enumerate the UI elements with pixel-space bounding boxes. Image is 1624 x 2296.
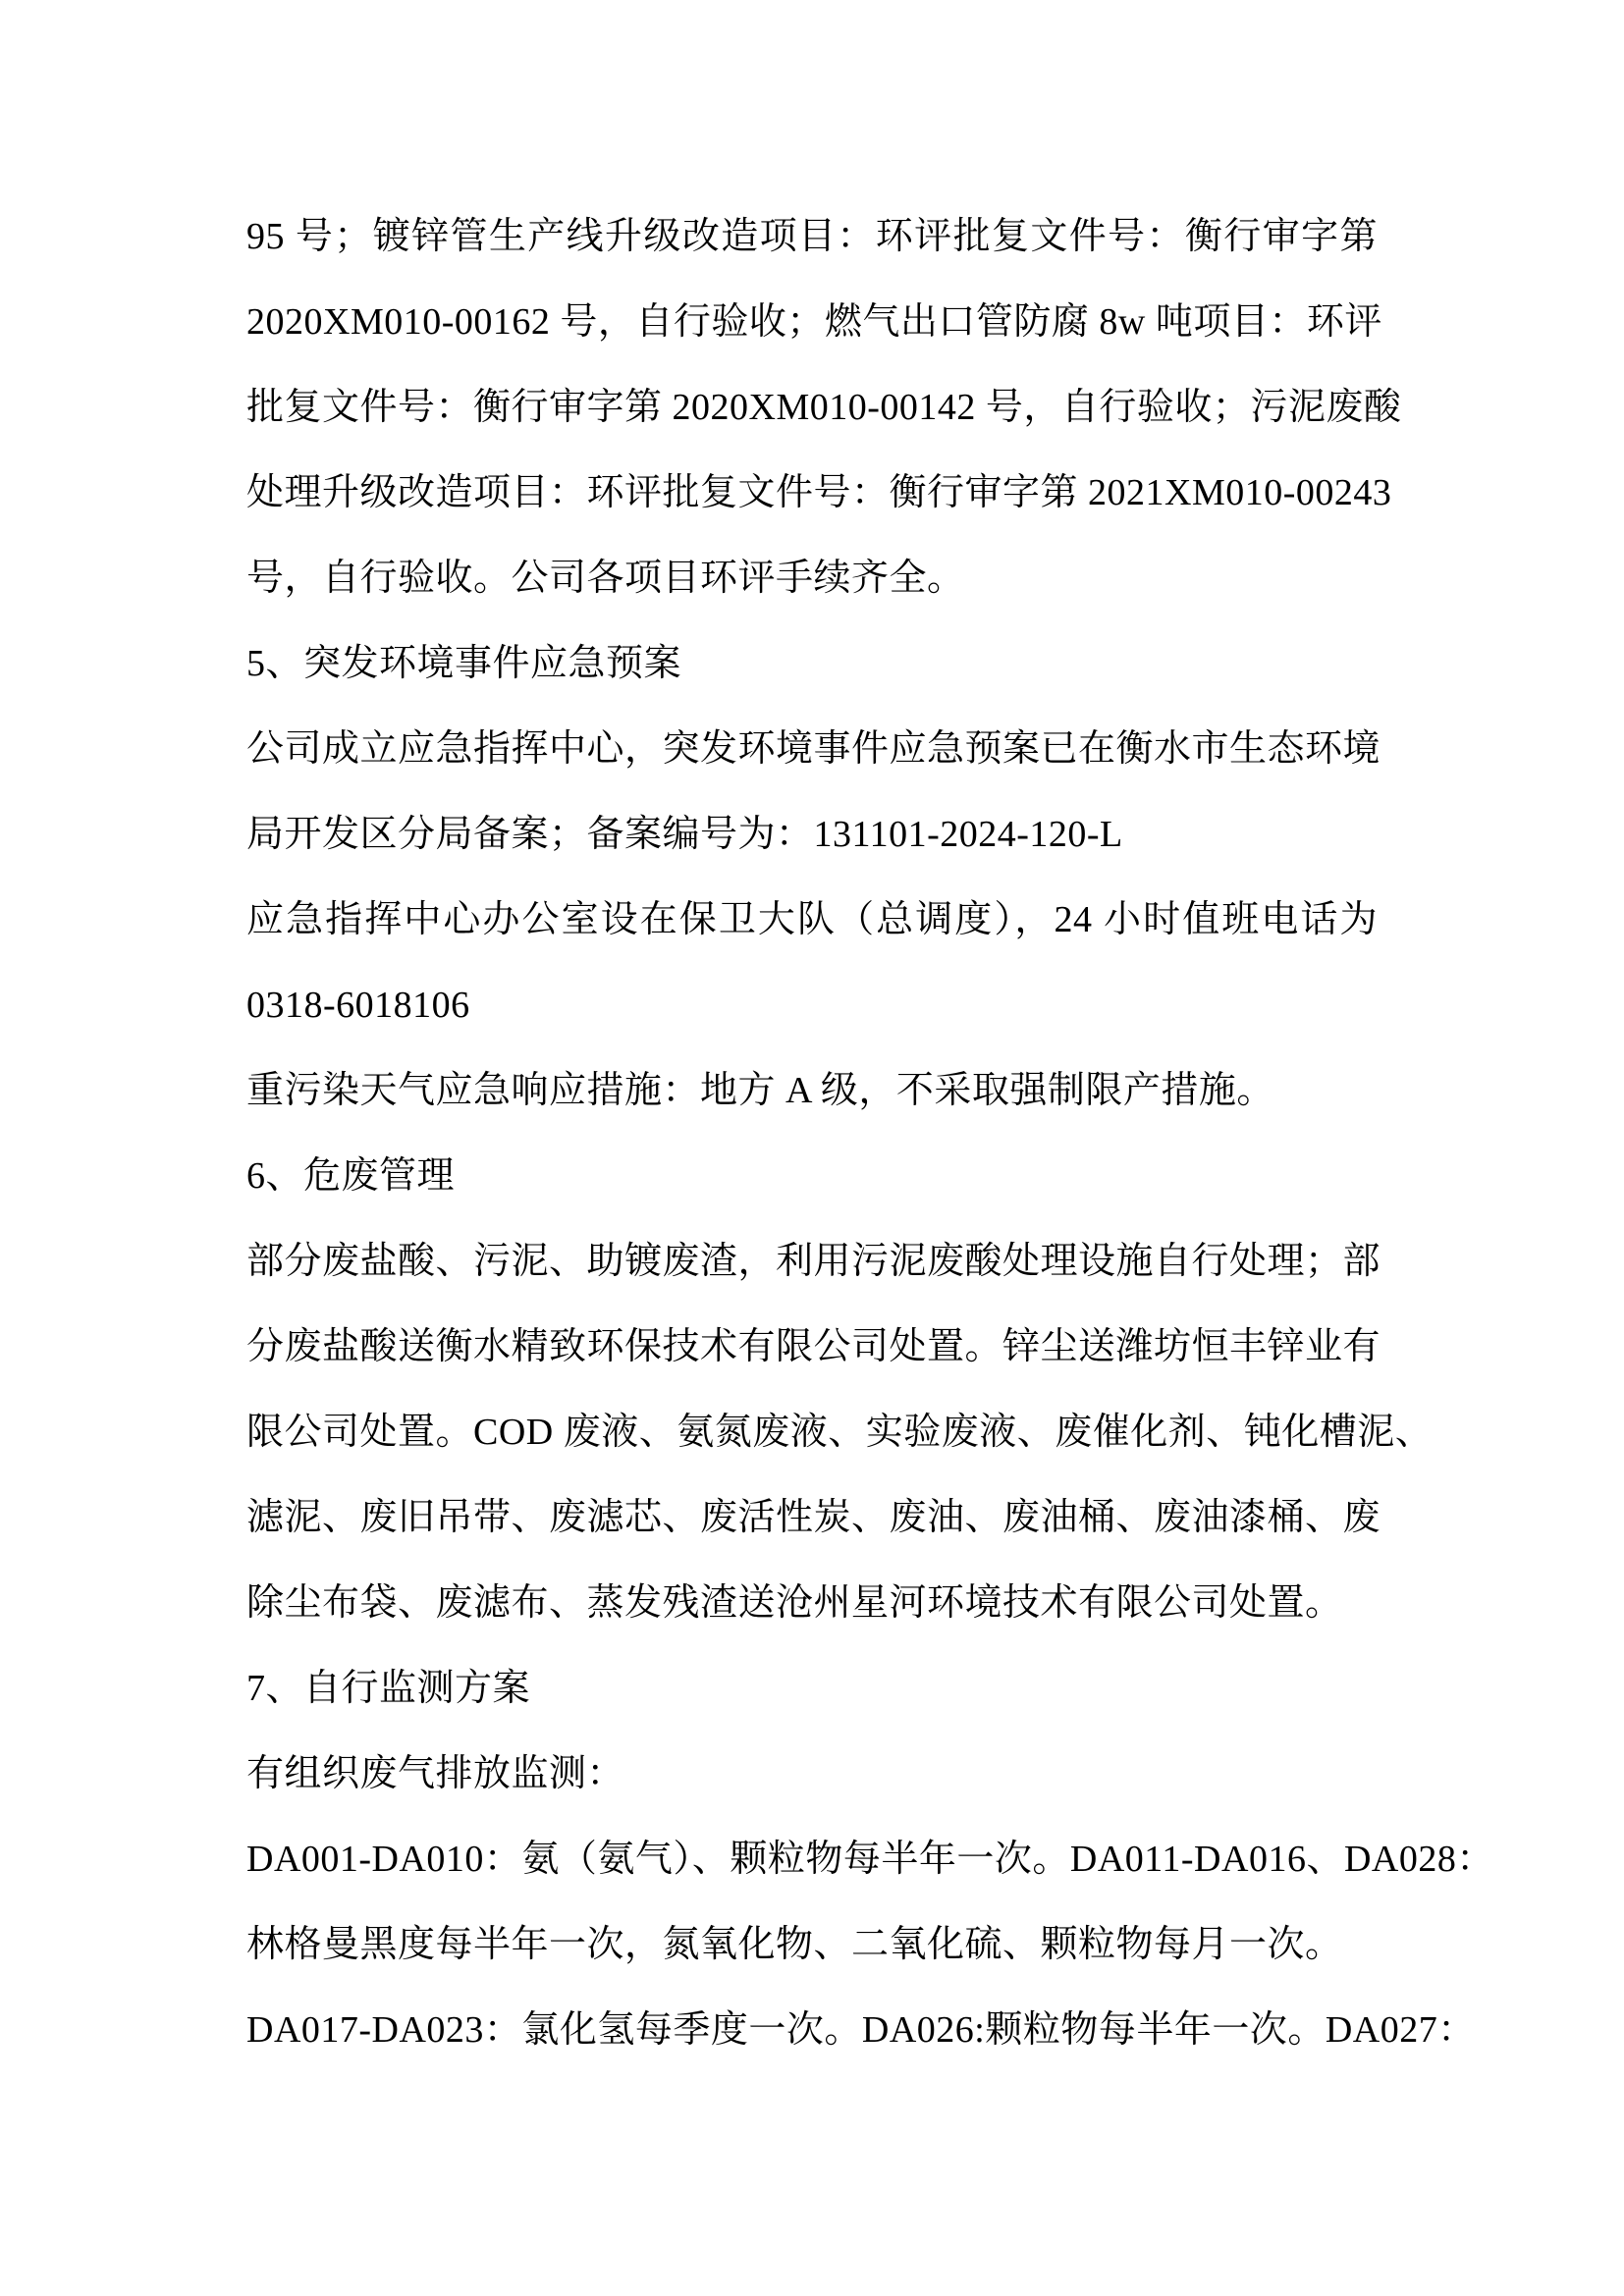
text-line: 5、突发环境事件应急预案 [246,621,1378,707]
text-line: 号，自行验收。公司各项目环评手续齐全。 [246,536,1378,621]
text-line: 有组织废气排放监测： [246,1732,1378,1817]
text-line: 0318-6018106 [246,963,1378,1048]
text-line: 限公司处置。COD 废液、氨氮废液、实验废液、废催化剂、钝化槽泥、 [246,1390,1378,1475]
text-line: 重污染天气应急响应措施：地方 A 级，不采取强制限产措施。 [246,1048,1378,1134]
text-line: 除尘布袋、废滤布、蒸发残渣送沧州星河环境技术有限公司处置。 [246,1561,1378,1646]
text-line: 应急指挥中心办公室设在保卫大队（总调度），24 小时值班电话为 [246,878,1378,963]
text-line: 分废盐酸送衡水精致环保技术有限公司处置。锌尘送潍坊恒丰锌业有 [246,1305,1378,1390]
text-line: 2020XM010-00162 号，自行验收；燃气出口管防腐 8w 吨项目：环评 [246,280,1378,365]
text-line: 部分废盐酸、污泥、助镀废渣，利用污泥废酸处理设施自行处理；部 [246,1219,1378,1305]
text-line: 批复文件号：衡行审字第 2020XM010-00142 号，自行验收；污泥废酸 [246,365,1378,451]
text-line: 95 号；镀锌管生产线升级改造项目：环评批复文件号：衡行审字第 [246,194,1378,280]
document-body: 95 号；镀锌管生产线升级改造项目：环评批复文件号：衡行审字第2020XM010… [246,194,1378,2073]
document-page: 95 号；镀锌管生产线升级改造项目：环评批复文件号：衡行审字第2020XM010… [0,0,1624,2296]
text-line: 7、自行监测方案 [246,1646,1378,1732]
text-line: 滤泥、废旧吊带、废滤芯、废活性炭、废油、废油桶、废油漆桶、废 [246,1475,1378,1561]
text-line: 处理升级改造项目：环评批复文件号：衡行审字第 2021XM010-00243 [246,451,1378,536]
text-line: DA017-DA023：氯化氢每季度一次。DA026:颗粒物每半年一次。DA02… [246,1988,1378,2073]
text-line: 6、危废管理 [246,1134,1378,1219]
text-line: 公司成立应急指挥中心，突发环境事件应急预案已在衡水市生态环境 [246,707,1378,792]
text-line: 局开发区分局备案；备案编号为：131101-2024-120-L [246,792,1378,878]
text-line: 林格曼黑度每半年一次，氮氧化物、二氧化硫、颗粒物每月一次。 [246,1902,1378,1988]
text-line: DA001-DA010：氨（氨气）、颗粒物每半年一次。DA011-DA016、D… [246,1817,1378,1902]
